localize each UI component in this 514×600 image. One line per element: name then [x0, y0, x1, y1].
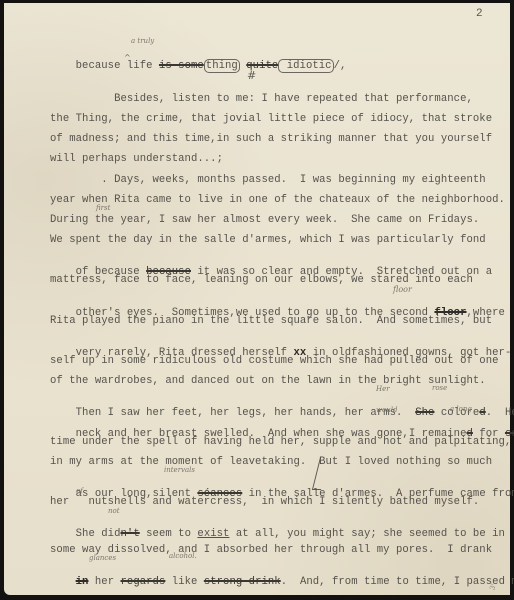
typed-line-2: Besides, listen to me: I have repeated t…	[50, 93, 473, 105]
handwritten-insert-floor: floor	[393, 285, 412, 294]
page-number: 2	[476, 8, 483, 20]
typed-line-25: in her regards like strong drink. And, f…	[50, 564, 514, 600]
struck-text: strong drink	[204, 576, 281, 588]
handwritten-insert-glances: glances	[89, 554, 116, 562]
insertion-caret-icon: ^	[124, 53, 131, 62]
underlined-text: exist	[197, 528, 229, 540]
handwritten-insert-a-truly: a truly	[131, 37, 154, 45]
handwritten-insert-her: Her	[376, 385, 390, 393]
handwritten-insert-a-long: a long	[450, 405, 472, 413]
typed-line-9: We spent the day in the salle d'armes, w…	[50, 234, 486, 246]
struck-text: regards	[121, 576, 166, 588]
typed-line-15: self up in some ridiculous old costume w…	[50, 355, 499, 367]
typed-line-13: Rita played the piano in the little squa…	[50, 315, 492, 327]
handwritten-insert-not: not	[108, 507, 120, 515]
paragraph-mark-icon: #	[247, 69, 256, 82]
typed-line-6: . Days, weeks, months passed. I was begi…	[50, 174, 486, 186]
typed-line-16: of the wardrobes, and danced out on the …	[50, 375, 486, 387]
typed-line-19: time under the spell of having held her,…	[50, 436, 511, 448]
circled-text: idiotic	[278, 59, 333, 73]
typed-line-24: some way dissolved, and I absorbed her t…	[50, 544, 492, 556]
typed-line-20: in my arms at the moment of leavetaking.…	[50, 456, 492, 468]
struck-text: n't	[121, 528, 140, 540]
handwritten-insert-would: would	[376, 406, 397, 414]
struck-text: is some	[159, 60, 204, 72]
struck-text: in	[76, 576, 89, 588]
circled-text: thing	[204, 59, 240, 73]
manuscript-page: 2 because life is something quite idioti…	[4, 3, 510, 595]
typed-line-5: will perhaps understand...;	[50, 153, 223, 165]
typed-line-8: During the year, I saw her almost every …	[50, 214, 479, 226]
handwritten-insert-of: of	[76, 487, 83, 495]
handwritten-insert-alcohol: alcohol.	[169, 552, 197, 560]
typed-line-1: because life is something quite idiotic/…	[50, 48, 346, 84]
handwritten-insert-first: first	[96, 204, 110, 212]
typed-line-3: the Thing, the crime, that jovial little…	[50, 113, 492, 125]
typed-line-4: of madness; and this time,in such a stri…	[50, 133, 492, 145]
handwritten-insert-rose: rose	[432, 384, 447, 392]
handwritten-insert-intervals: intervals	[164, 466, 195, 474]
typed-line-7: year when Rita came to live in one of th…	[50, 194, 505, 206]
